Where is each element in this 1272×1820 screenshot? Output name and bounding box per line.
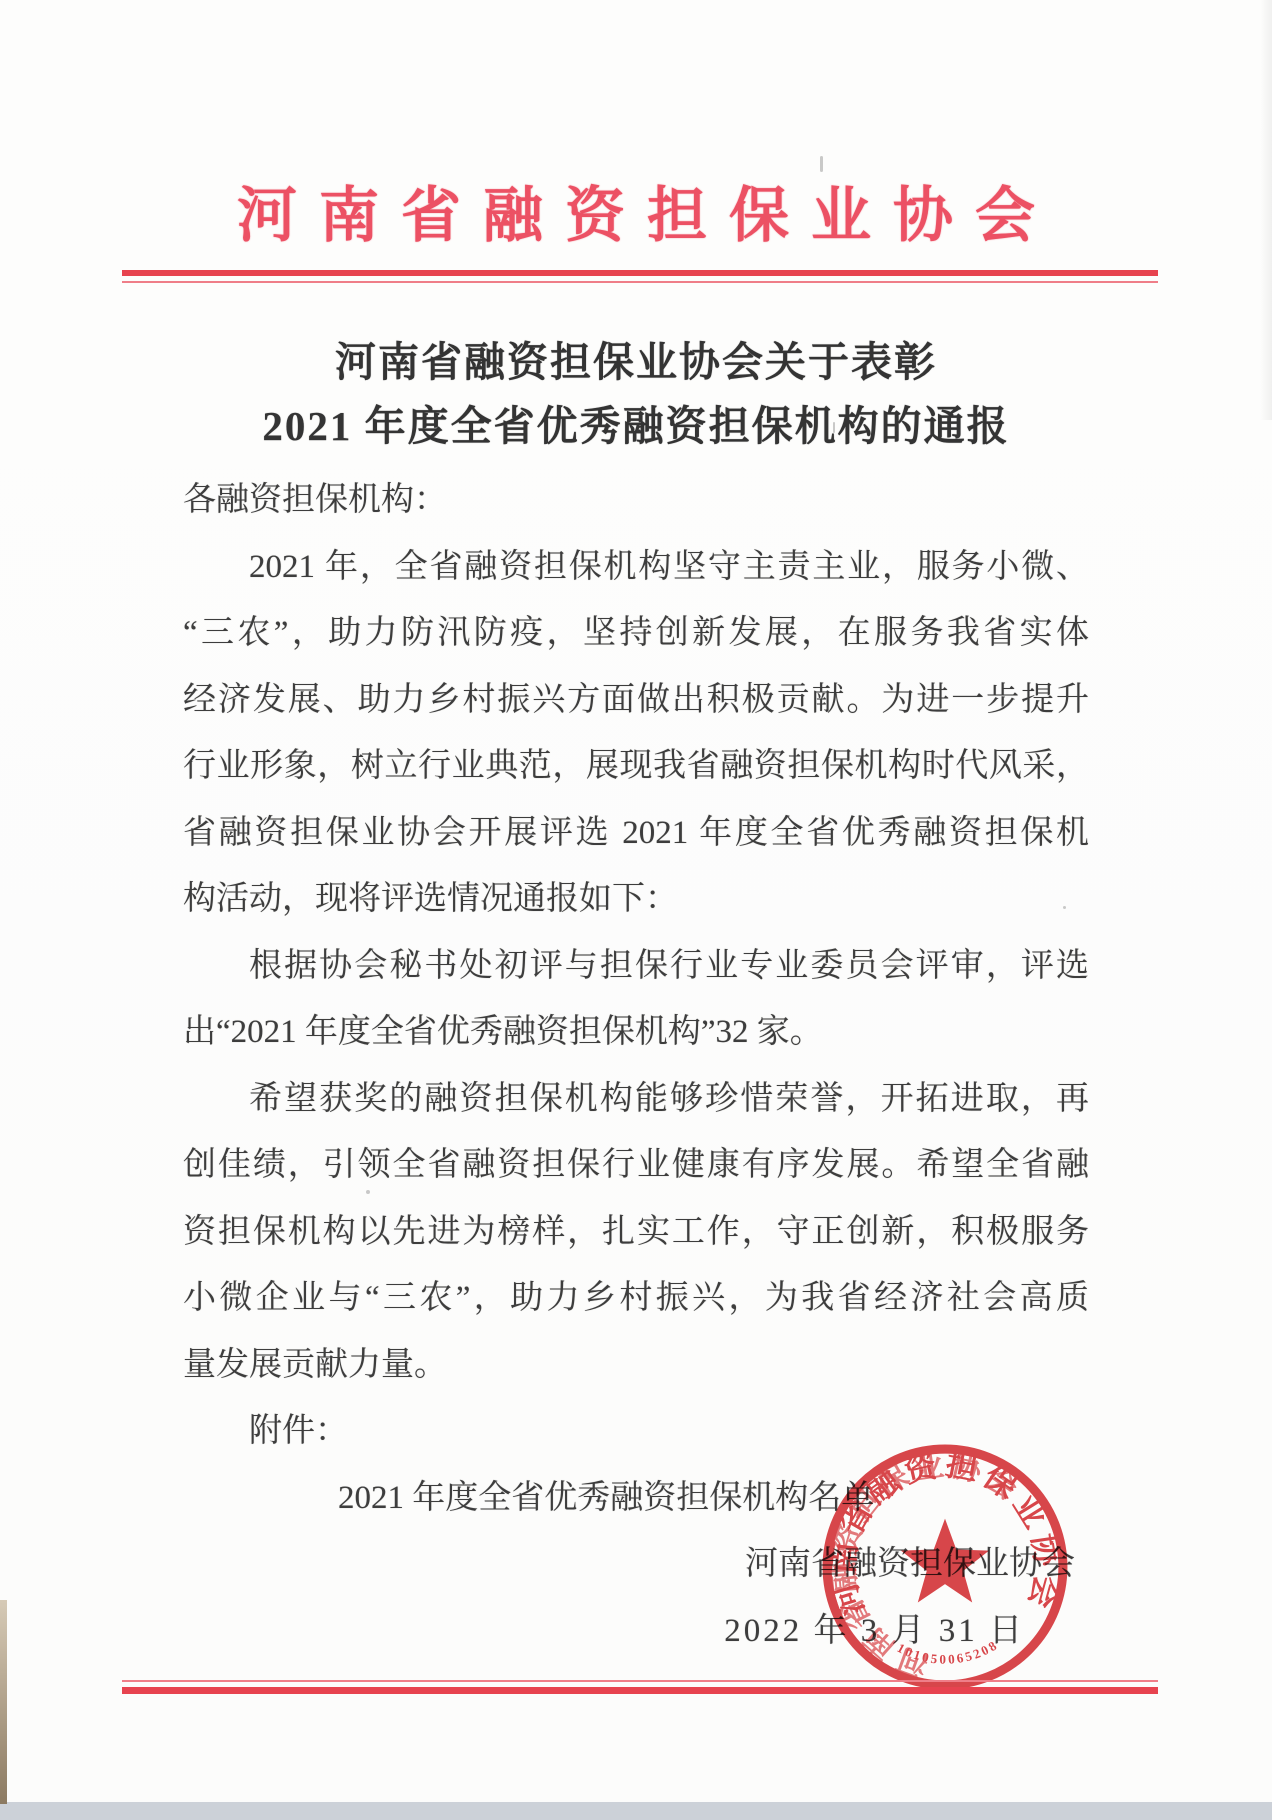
body-line: 根据协会秘书处初评与担保行业专业委员会评审，评选 (183, 933, 1089, 1000)
document-title-line1: 河南省融资担保业协会关于表彰 (0, 330, 1272, 394)
footer-rule-thin (122, 1680, 1158, 1682)
scan-edge-left (0, 1600, 7, 1804)
body-line: 经济发展、助力乡村振兴方面做出积极贡献。为进一步提升 (183, 667, 1089, 734)
letterhead-org-name: 河南省融资担保业协会 (0, 168, 1272, 254)
body-line: 2021 年，全省融资担保机构坚守主责主业，服务小微、 (183, 534, 1089, 601)
letterhead-rule-thin (122, 281, 1158, 283)
document-title: 河南省融资担保业协会关于表彰 2021 年度全省优秀融资担保机构的通报 (0, 330, 1272, 458)
body-line: 行业形象，树立行业典范，展现我省融资担保机构时代风采， (183, 733, 1089, 800)
letterhead-rule-thick (122, 270, 1158, 276)
scan-edge-bottom (0, 1802, 1272, 1820)
footer-rule-thick (122, 1687, 1158, 1694)
body-line: 出“2021 年度全省优秀融资担保机构”32 家。 (183, 999, 1089, 1066)
body-line: 资担保机构以先进为榜样，扎实工作，守正创新，积极服务 (183, 1199, 1089, 1266)
body-line: 构活动，现将评选情况通报如下： (183, 866, 1089, 933)
document-title-line2: 2021 年度全省优秀融资担保机构的通报 (0, 394, 1272, 458)
body-line: 小微企业与“三农”，助力乡村振兴，为我省经济社会高质 (183, 1265, 1089, 1332)
official-seal: 河南省融资担保业协会 河南省融资担保业协会 101050065208 (816, 1438, 1074, 1696)
body-line: 希望获奖的融资担保机构能够珍惜荣誉，开拓进取，再 (183, 1066, 1089, 1133)
body-line: “三农”，助力防汛防疫，坚持创新发展，在服务我省实体 (183, 600, 1089, 667)
body-line: 省融资担保业协会开展评选 2021 年度全省优秀融资担保机 (183, 800, 1089, 867)
body-line: 创佳绩，引领全省融资担保行业健康有序发展。希望全省融 (183, 1132, 1089, 1199)
salutation: 各融资担保机构： (183, 467, 1089, 534)
body-line: 量发展贡献力量。 (183, 1332, 1089, 1399)
seal-star-icon (901, 1519, 989, 1603)
